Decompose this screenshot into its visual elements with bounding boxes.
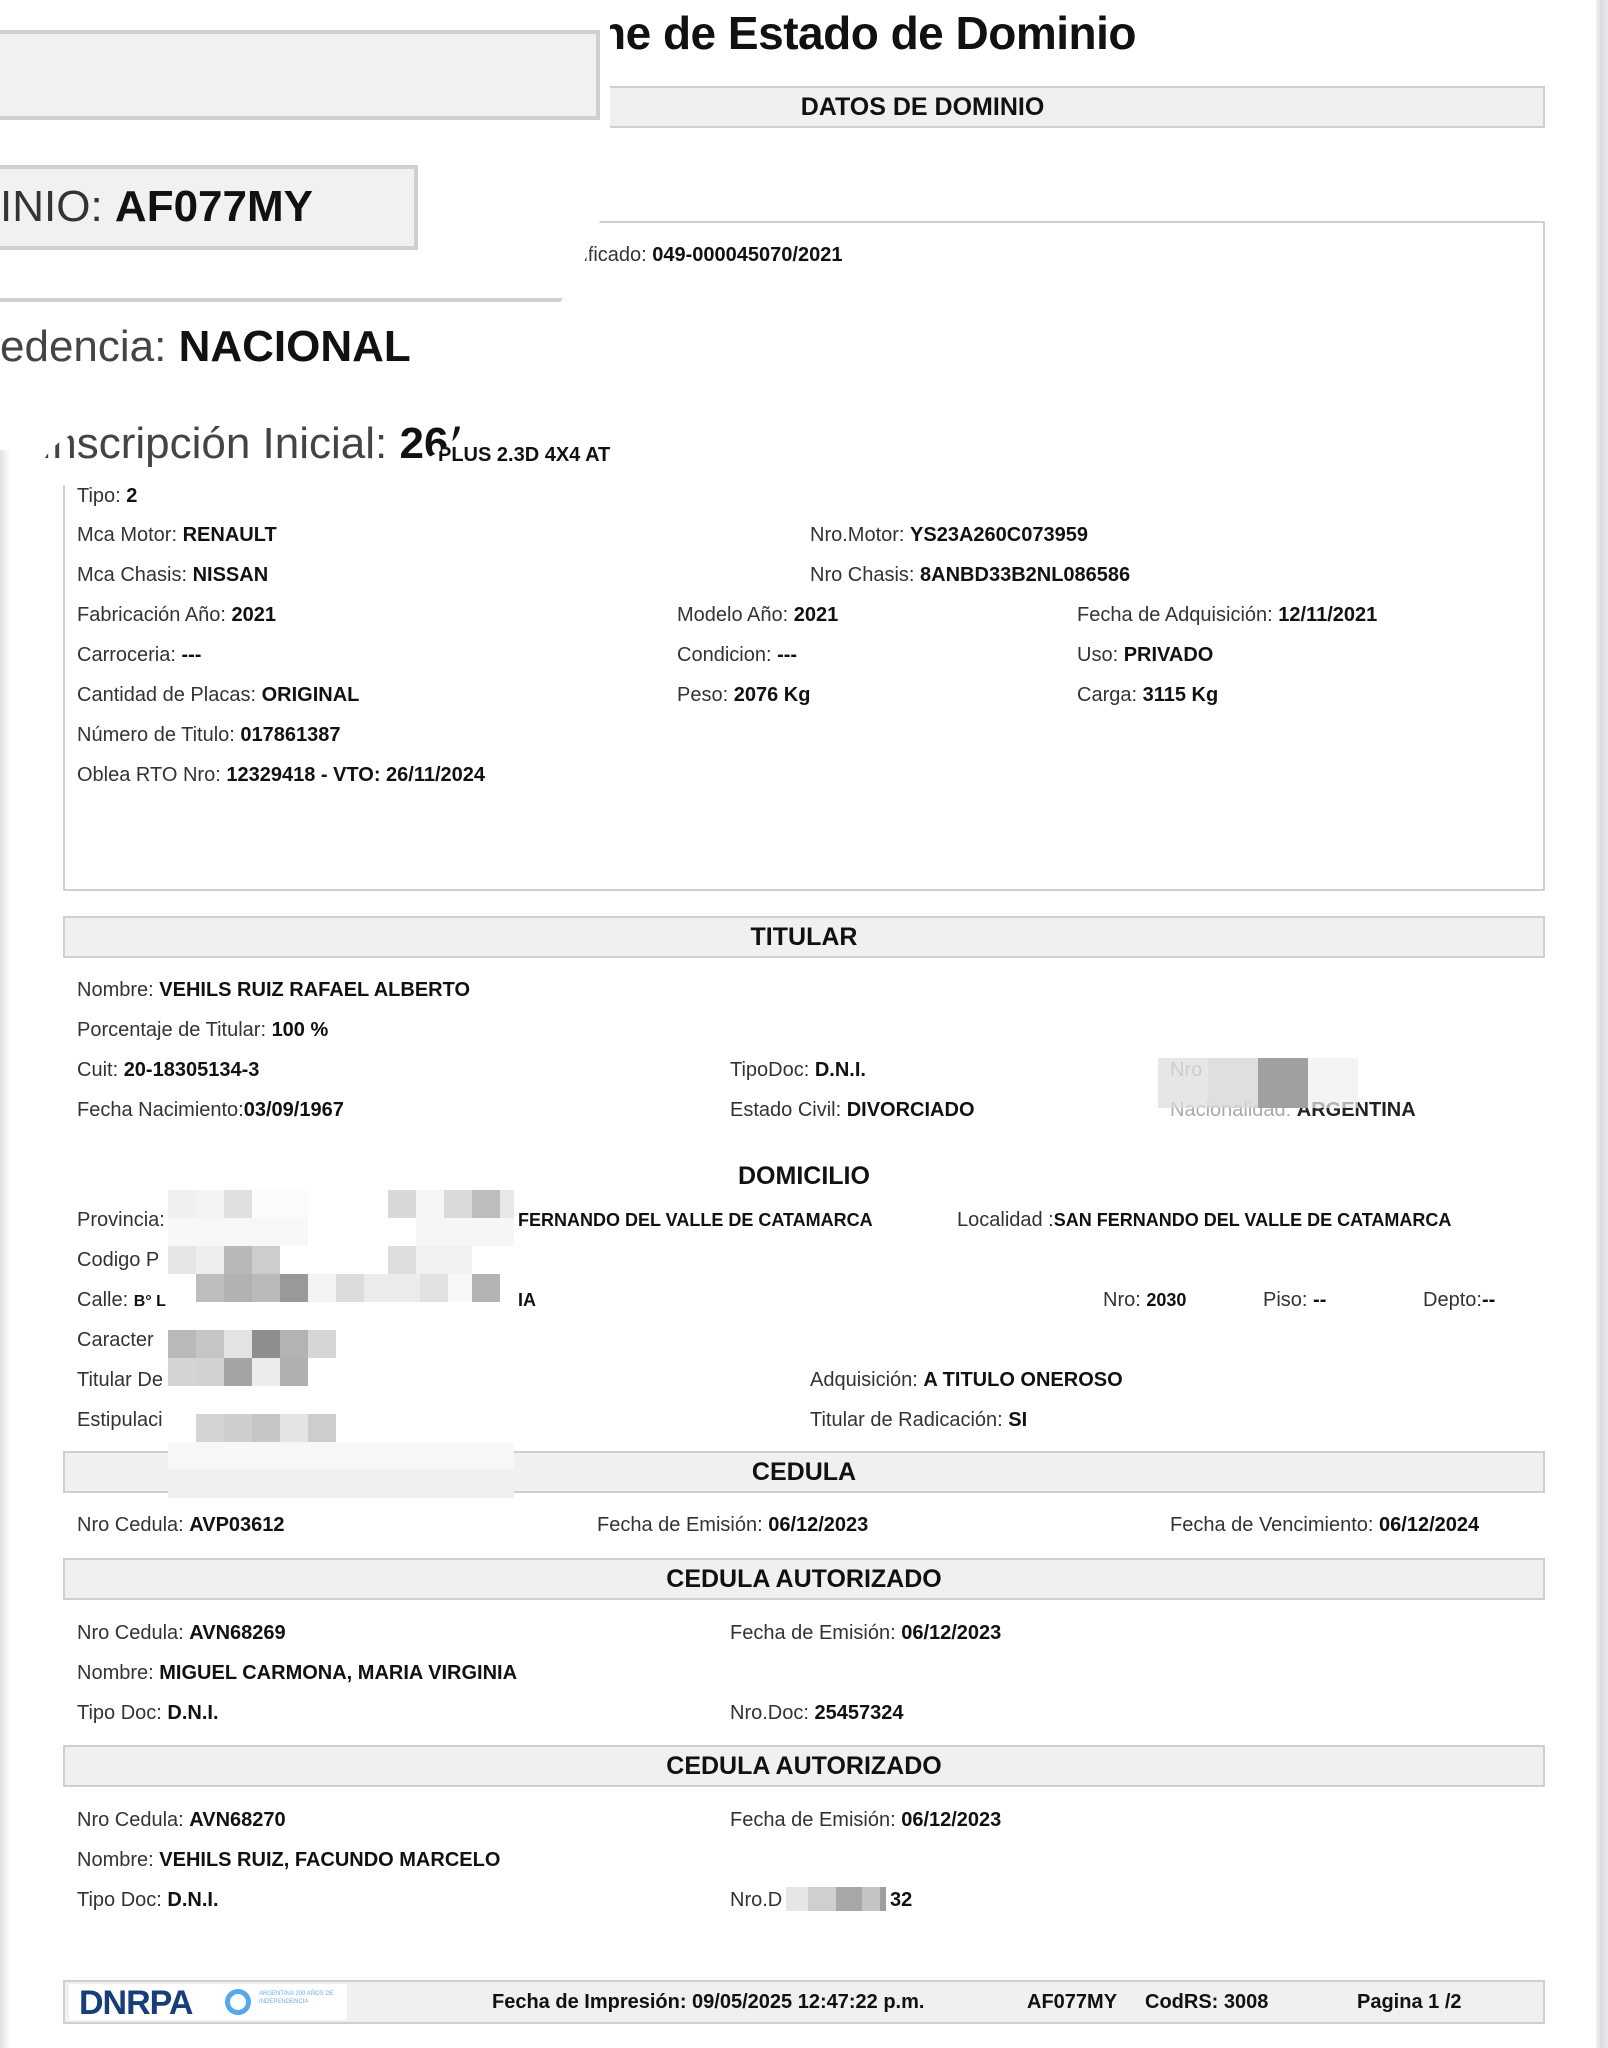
titular-de-field: Titular De <box>77 1369 163 1392</box>
document-title: ne de Estado de Dominio <box>598 6 1136 60</box>
carga-field: Carga: 3115 Kg <box>1077 684 1218 707</box>
carroceria-field: Carroceria: --- <box>77 644 201 667</box>
footer-bar: DNRPA ARGENTINA 200 AÑOS DE INDEPENDENCI… <box>63 1980 1545 2024</box>
provincia-value: FERNANDO DEL VALLE DE CATAMARCA <box>518 1210 873 1231</box>
adquisicion-field: Adquisición: A TITULO ONEROSO <box>810 1369 1123 1392</box>
titular-porcentaje-field: Porcentaje de Titular: 100 % <box>77 1019 328 1042</box>
section-header-cedula-autorizado-2: CEDULA AUTORIZADO <box>63 1745 1545 1787</box>
radicacion-field: Titular de Radicación: SI <box>810 1409 1027 1432</box>
autorizado-2-nrodoc-field: Nro.D <box>730 1889 782 1912</box>
titular-tipodoc-field: TipoDoc: D.N.I. <box>730 1059 866 1082</box>
peso-field: Peso: 2076 Kg <box>677 684 810 707</box>
sun-emblem-icon <box>225 1989 251 2015</box>
section-header-cedula-autorizado-1: CEDULA AUTORIZADO <box>63 1558 1545 1600</box>
redaction-autorizado-nrodoc <box>786 1887 894 1911</box>
redaction-nrodoc <box>1158 1058 1358 1108</box>
mca-motor-field: Mca Motor: RENAULT <box>77 524 277 547</box>
section-header-datos-dominio: DATOS DE DOMINIO <box>600 86 1545 128</box>
redaction-domicilio <box>168 1190 514 1500</box>
titular-cuit-field: Cuit: 20-18305134-3 <box>77 1059 259 1082</box>
footer-codrs: CodRS: 3008 <box>1145 1991 1268 2014</box>
numero-titulo-field: Número de Titulo: 017861387 <box>77 724 341 747</box>
magnified-procedencia: edencia: NACIONAL <box>0 322 411 372</box>
localidad-field: Localidad :SAN FERNANDO DEL VALLE DE CAT… <box>957 1209 1451 1232</box>
provincia-field: Provincia: <box>77 1209 165 1232</box>
titular-estado-civil-field: Estado Civil: DIVORCIADO <box>730 1099 975 1122</box>
cedula-emision-field: Fecha de Emisión: 06/12/2023 <box>597 1514 868 1537</box>
titular-nombre-field: Nombre: VEHILS RUIZ RAFAEL ALBERTO <box>77 979 470 1002</box>
modelo-anio-field: Modelo Año: 2021 <box>677 604 838 627</box>
fecha-impresion: Fecha de Impresión: 09/05/2025 12:47:22 … <box>492 1991 924 2014</box>
magnified-title-band <box>0 30 600 120</box>
magnifier-edge <box>0 420 10 2048</box>
fabricacion-field: Fabricación Año: 2021 <box>77 604 276 627</box>
calle-field: Calle: B° L <box>77 1289 166 1312</box>
piso-field: Piso: -- <box>1263 1289 1326 1312</box>
placas-field: Cantidad de Placas: ORIGINAL <box>77 684 359 707</box>
uso-field: Uso: PRIVADO <box>1077 644 1213 667</box>
codigo-postal-field: Codigo P <box>77 1249 159 1272</box>
cedula-vencimiento-field: Fecha de Vencimiento: 06/12/2024 <box>1170 1514 1479 1537</box>
nro-chasis-field: Nro Chasis: 8ANBD33B2NL086586 <box>810 564 1130 587</box>
condicion-field: Condicion: --- <box>677 644 797 667</box>
dnrpa-logo-text: DNRPA <box>79 1984 192 2023</box>
estipulacion-field: Estipulaci <box>77 1409 163 1432</box>
autorizado-1-tipodoc-field: Tipo Doc: D.N.I. <box>77 1702 219 1725</box>
modelo-field: PLUS 2.3D 4X4 AT <box>438 444 610 467</box>
autorizado-1-nro-field: Nro Cedula: AVN68269 <box>77 1622 286 1645</box>
magnified-inscripcion: Inscripción Inicial: 26/ <box>40 419 460 469</box>
nro-motor-field: Nro.Motor: YS23A260C073959 <box>810 524 1088 547</box>
autorizado-1-emision-field: Fecha de Emisión: 06/12/2023 <box>730 1622 1001 1645</box>
footer-dominio: AF077MY <box>1027 1991 1117 2014</box>
autorizado-1-nrodoc-field: Nro.Doc: 25457324 <box>730 1702 903 1725</box>
footer-pagina: Pagina 1 /2 <box>1357 1991 1462 2014</box>
dnrpa-logo: DNRPA ARGENTINA 200 AÑOS DE INDEPENDENCI… <box>69 1984 347 2020</box>
titular-nacimiento-field: Fecha Nacimiento:03/09/1967 <box>77 1099 344 1122</box>
page-edge <box>1596 0 1608 2048</box>
magnified-rule <box>0 298 580 302</box>
autorizado-2-nro-field: Nro Cedula: AVN68270 <box>77 1809 286 1832</box>
subsection-domicilio: DOMICILIO <box>738 1162 870 1191</box>
caracter-field: Caracter <box>77 1329 154 1352</box>
tipo-field: Tipo: 2 <box>77 485 137 508</box>
autorizado-2-nombre-field: Nombre: VEHILS RUIZ, FACUNDO MARCELO <box>77 1849 500 1872</box>
calle-tail: IA <box>518 1290 536 1311</box>
domicilio-nro-field: Nro: 2030 <box>1103 1289 1186 1312</box>
magnified-dominio-box: INIO: AF077MY <box>0 165 418 250</box>
autorizado-2-tipodoc-field: Tipo Doc: D.N.I. <box>77 1889 219 1912</box>
autorizado-1-nombre-field: Nombre: MIGUEL CARMONA, MARIA VIRGINIA <box>77 1662 517 1685</box>
logo-tagline: ARGENTINA 200 AÑOS DE INDEPENDENCIA <box>259 1990 347 2006</box>
autorizado-2-emision-field: Fecha de Emisión: 06/12/2023 <box>730 1809 1001 1832</box>
section-header-titular: TITULAR <box>63 916 1545 958</box>
oblea-rto-field: Oblea RTO Nro: 12329418 - VTO: 26/11/202… <box>77 764 485 787</box>
certificado-field: ertificado: 049-000045070/2021 <box>560 244 842 267</box>
cedula-nro-field: Nro Cedula: AVP03612 <box>77 1514 285 1537</box>
fecha-adquisicion-field: Fecha de Adquisición: 12/11/2021 <box>1077 604 1377 627</box>
depto-field: Depto:-- <box>1423 1289 1495 1312</box>
mca-chasis-field: Mca Chasis: NISSAN <box>77 564 268 587</box>
